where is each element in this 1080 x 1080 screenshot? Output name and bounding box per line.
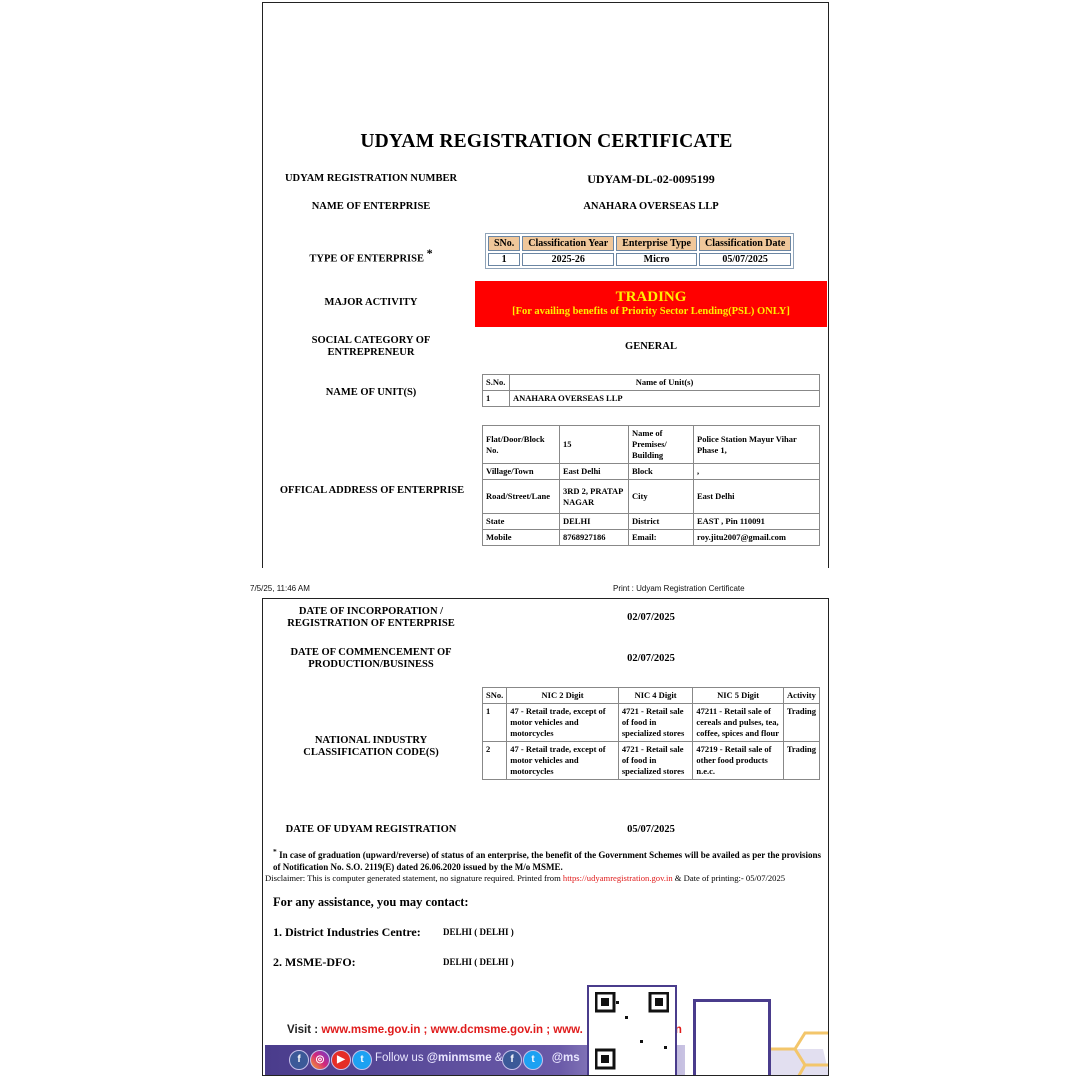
- certificate-title: UDYAM REGISTRATION CERTIFICATE: [263, 131, 830, 153]
- table-header: NIC 4 Digit: [618, 688, 693, 704]
- table-header: Enterprise Type: [616, 236, 697, 251]
- msme-websites-link[interactable]: www.msme.gov.in ; www.dcmsme.gov.in ; ww…: [321, 1024, 583, 1036]
- enterprise-name-value: ANAHARA OVERSEAS LLP: [475, 201, 827, 212]
- units-table: S.No.Name of Unit(s) 1ANAHARA OVERSEAS L…: [482, 374, 820, 407]
- table-cell: Trading: [783, 742, 819, 780]
- print-datetime: 7/5/25, 11:46 AM: [250, 584, 310, 593]
- major-activity-banner: TRADING [For availing benefits of Priori…: [475, 281, 827, 327]
- table-cell: 4721 - Retail sale of food in specialize…: [618, 742, 693, 780]
- table-row: 247 - Retail trade, except of motor vehi…: [483, 742, 820, 780]
- table-cell: roy.jitu2007@gmail.com: [694, 530, 820, 546]
- assistance-msme-dfo: 2. MSME-DFO:DELHI ( DELHI ): [273, 955, 356, 970]
- graduation-footnote: * In case of graduation (upward/reverse)…: [273, 846, 821, 873]
- instagram-icon[interactable]: ◎: [310, 1050, 330, 1070]
- registration-number-label: UDYAM REGISTRATION NUMBER: [271, 173, 471, 185]
- table-cell: 1: [488, 253, 520, 266]
- table-cell: Mobile: [483, 530, 560, 546]
- table-cell: 1: [483, 704, 507, 742]
- table-header: S.No.: [483, 375, 510, 391]
- table-cell: 47 - Retail trade, except of motor vehic…: [507, 704, 619, 742]
- major-activity-value: TRADING: [475, 289, 827, 305]
- twitter-icon[interactable]: t: [352, 1050, 372, 1070]
- incorporation-value: 02/07/2025: [475, 612, 827, 623]
- table-row: 147 - Retail trade, except of motor vehi…: [483, 704, 820, 742]
- table-cell: East Delhi: [560, 464, 629, 480]
- social-category-label: SOCIAL CATEGORY OFENTREPRENEUR: [271, 335, 471, 359]
- facebook-icon[interactable]: f: [502, 1050, 522, 1070]
- table-cell: 3RD 2, PRATAP NAGAR: [560, 480, 629, 514]
- table-cell: 47 - Retail trade, except of motor vehic…: [507, 742, 619, 780]
- address-label: OFFICAL ADDRESS OF ENTERPRISE: [269, 485, 475, 497]
- table-cell: Trading: [783, 704, 819, 742]
- table-cell: Block: [629, 464, 694, 480]
- table-row: Flat/Door/Block No.15Name of Premises/ B…: [483, 426, 820, 464]
- table-cell: 15: [560, 426, 629, 464]
- table-cell: ,: [694, 464, 820, 480]
- table-header: Activity: [783, 688, 819, 704]
- youtube-icon[interactable]: ▶: [331, 1050, 351, 1070]
- table-row: StateDELHIDistrictEAST , Pin 110091: [483, 514, 820, 530]
- table-cell: 8768927186: [560, 530, 629, 546]
- table-cell: Name of Premises/ Building: [629, 426, 694, 464]
- major-activity-label: MAJOR ACTIVITY: [271, 297, 471, 309]
- table-cell: 47219 - Retail sale of other food produc…: [693, 742, 784, 780]
- commencement-value: 02/07/2025: [475, 653, 827, 664]
- qr-code: [587, 985, 677, 1076]
- table-header: Name of Unit(s): [510, 375, 820, 391]
- table-row: Village/TownEast DelhiBlock,: [483, 464, 820, 480]
- assistance-heading: For any assistance, you may contact:: [273, 895, 469, 910]
- table-cell: DELHI: [560, 514, 629, 530]
- table-cell: 2025-26: [522, 253, 614, 266]
- table-cell: 4721 - Retail sale of food in specialize…: [618, 704, 693, 742]
- incorporation-label: DATE OF INCORPORATION /REGISTRATION OF E…: [271, 606, 471, 630]
- udyam-date-value: 05/07/2025: [475, 824, 827, 835]
- disclaimer: Disclaimer: This is computer generated s…: [265, 873, 829, 883]
- table-header: Classification Date: [699, 236, 791, 251]
- table-header: SNo.: [483, 688, 507, 704]
- table-cell: East Delhi: [694, 480, 820, 514]
- table-header: NIC 2 Digit: [507, 688, 619, 704]
- certificate-page-2: DATE OF INCORPORATION /REGISTRATION OF E…: [262, 598, 829, 1076]
- table-header: NIC 5 Digit: [693, 688, 784, 704]
- table-cell: 2: [483, 742, 507, 780]
- photo-placeholder-box: [693, 999, 771, 1076]
- nic-table: SNo.NIC 2 DigitNIC 4 DigitNIC 5 DigitAct…: [482, 687, 820, 780]
- table-cell: Police Station Mayur Vihar Phase 1,: [694, 426, 820, 464]
- table-cell: District: [629, 514, 694, 530]
- units-label: NAME OF UNIT(S): [271, 387, 471, 399]
- follow-us-text: Follow us @minmsme & @ms: [375, 1052, 580, 1064]
- table-cell: Road/Street/Lane: [483, 480, 560, 514]
- table-header: Classification Year: [522, 236, 614, 251]
- twitter-icon[interactable]: t: [523, 1050, 543, 1070]
- table-cell: Micro: [616, 253, 697, 266]
- table-cell: ANAHARA OVERSEAS LLP: [510, 391, 820, 407]
- certificate-page-1: UDYAM REGISTRATION CERTIFICATE UDYAM REG…: [262, 2, 829, 568]
- assistance-dic: 1. District Industries Centre:DELHI ( DE…: [273, 925, 421, 940]
- table-cell: Flat/Door/Block No.: [483, 426, 560, 464]
- enterprise-type-table: SNo.Classification YearEnterprise TypeCl…: [485, 233, 794, 269]
- table-cell: City: [629, 480, 694, 514]
- hexagon-decoration: [763, 1009, 829, 1076]
- table-cell: Village/Town: [483, 464, 560, 480]
- udyam-date-label: DATE OF UDYAM REGISTRATION: [271, 824, 471, 836]
- udyam-portal-link[interactable]: https://udyamregistration.gov.in: [563, 873, 673, 883]
- social-category-value: GENERAL: [475, 341, 827, 352]
- table-row: Road/Street/Lane3RD 2, PRATAP NAGARCityE…: [483, 480, 820, 514]
- table-cell: EAST , Pin 110091: [694, 514, 820, 530]
- table-cell: 1: [483, 391, 510, 407]
- registration-number-value: UDYAM-DL-02-0095199: [475, 172, 827, 187]
- table-header: SNo.: [488, 236, 520, 251]
- nic-label: NATIONAL INDUSTRYCLASSIFICATION CODE(S): [271, 735, 471, 759]
- print-title: Print : Udyam Registration Certificate: [613, 584, 745, 593]
- table-cell: 47211 - Retail sale of cereals and pulse…: [693, 704, 784, 742]
- address-table: Flat/Door/Block No.15Name of Premises/ B…: [482, 425, 820, 546]
- commencement-label: DATE OF COMMENCEMENT OFPRODUCTION/BUSINE…: [271, 647, 471, 671]
- table-cell: 05/07/2025: [699, 253, 791, 266]
- major-activity-note: [For availing benefits of Priority Secto…: [475, 305, 827, 319]
- table-cell: State: [483, 514, 560, 530]
- table-row: Mobile8768927186Email:roy.jitu2007@gmail…: [483, 530, 820, 546]
- enterprise-name-label: NAME OF ENTERPRISE: [271, 201, 471, 213]
- enterprise-type-label: TYPE OF ENTERPRISE *: [271, 247, 471, 266]
- facebook-icon[interactable]: f: [289, 1050, 309, 1070]
- table-cell: Email:: [629, 530, 694, 546]
